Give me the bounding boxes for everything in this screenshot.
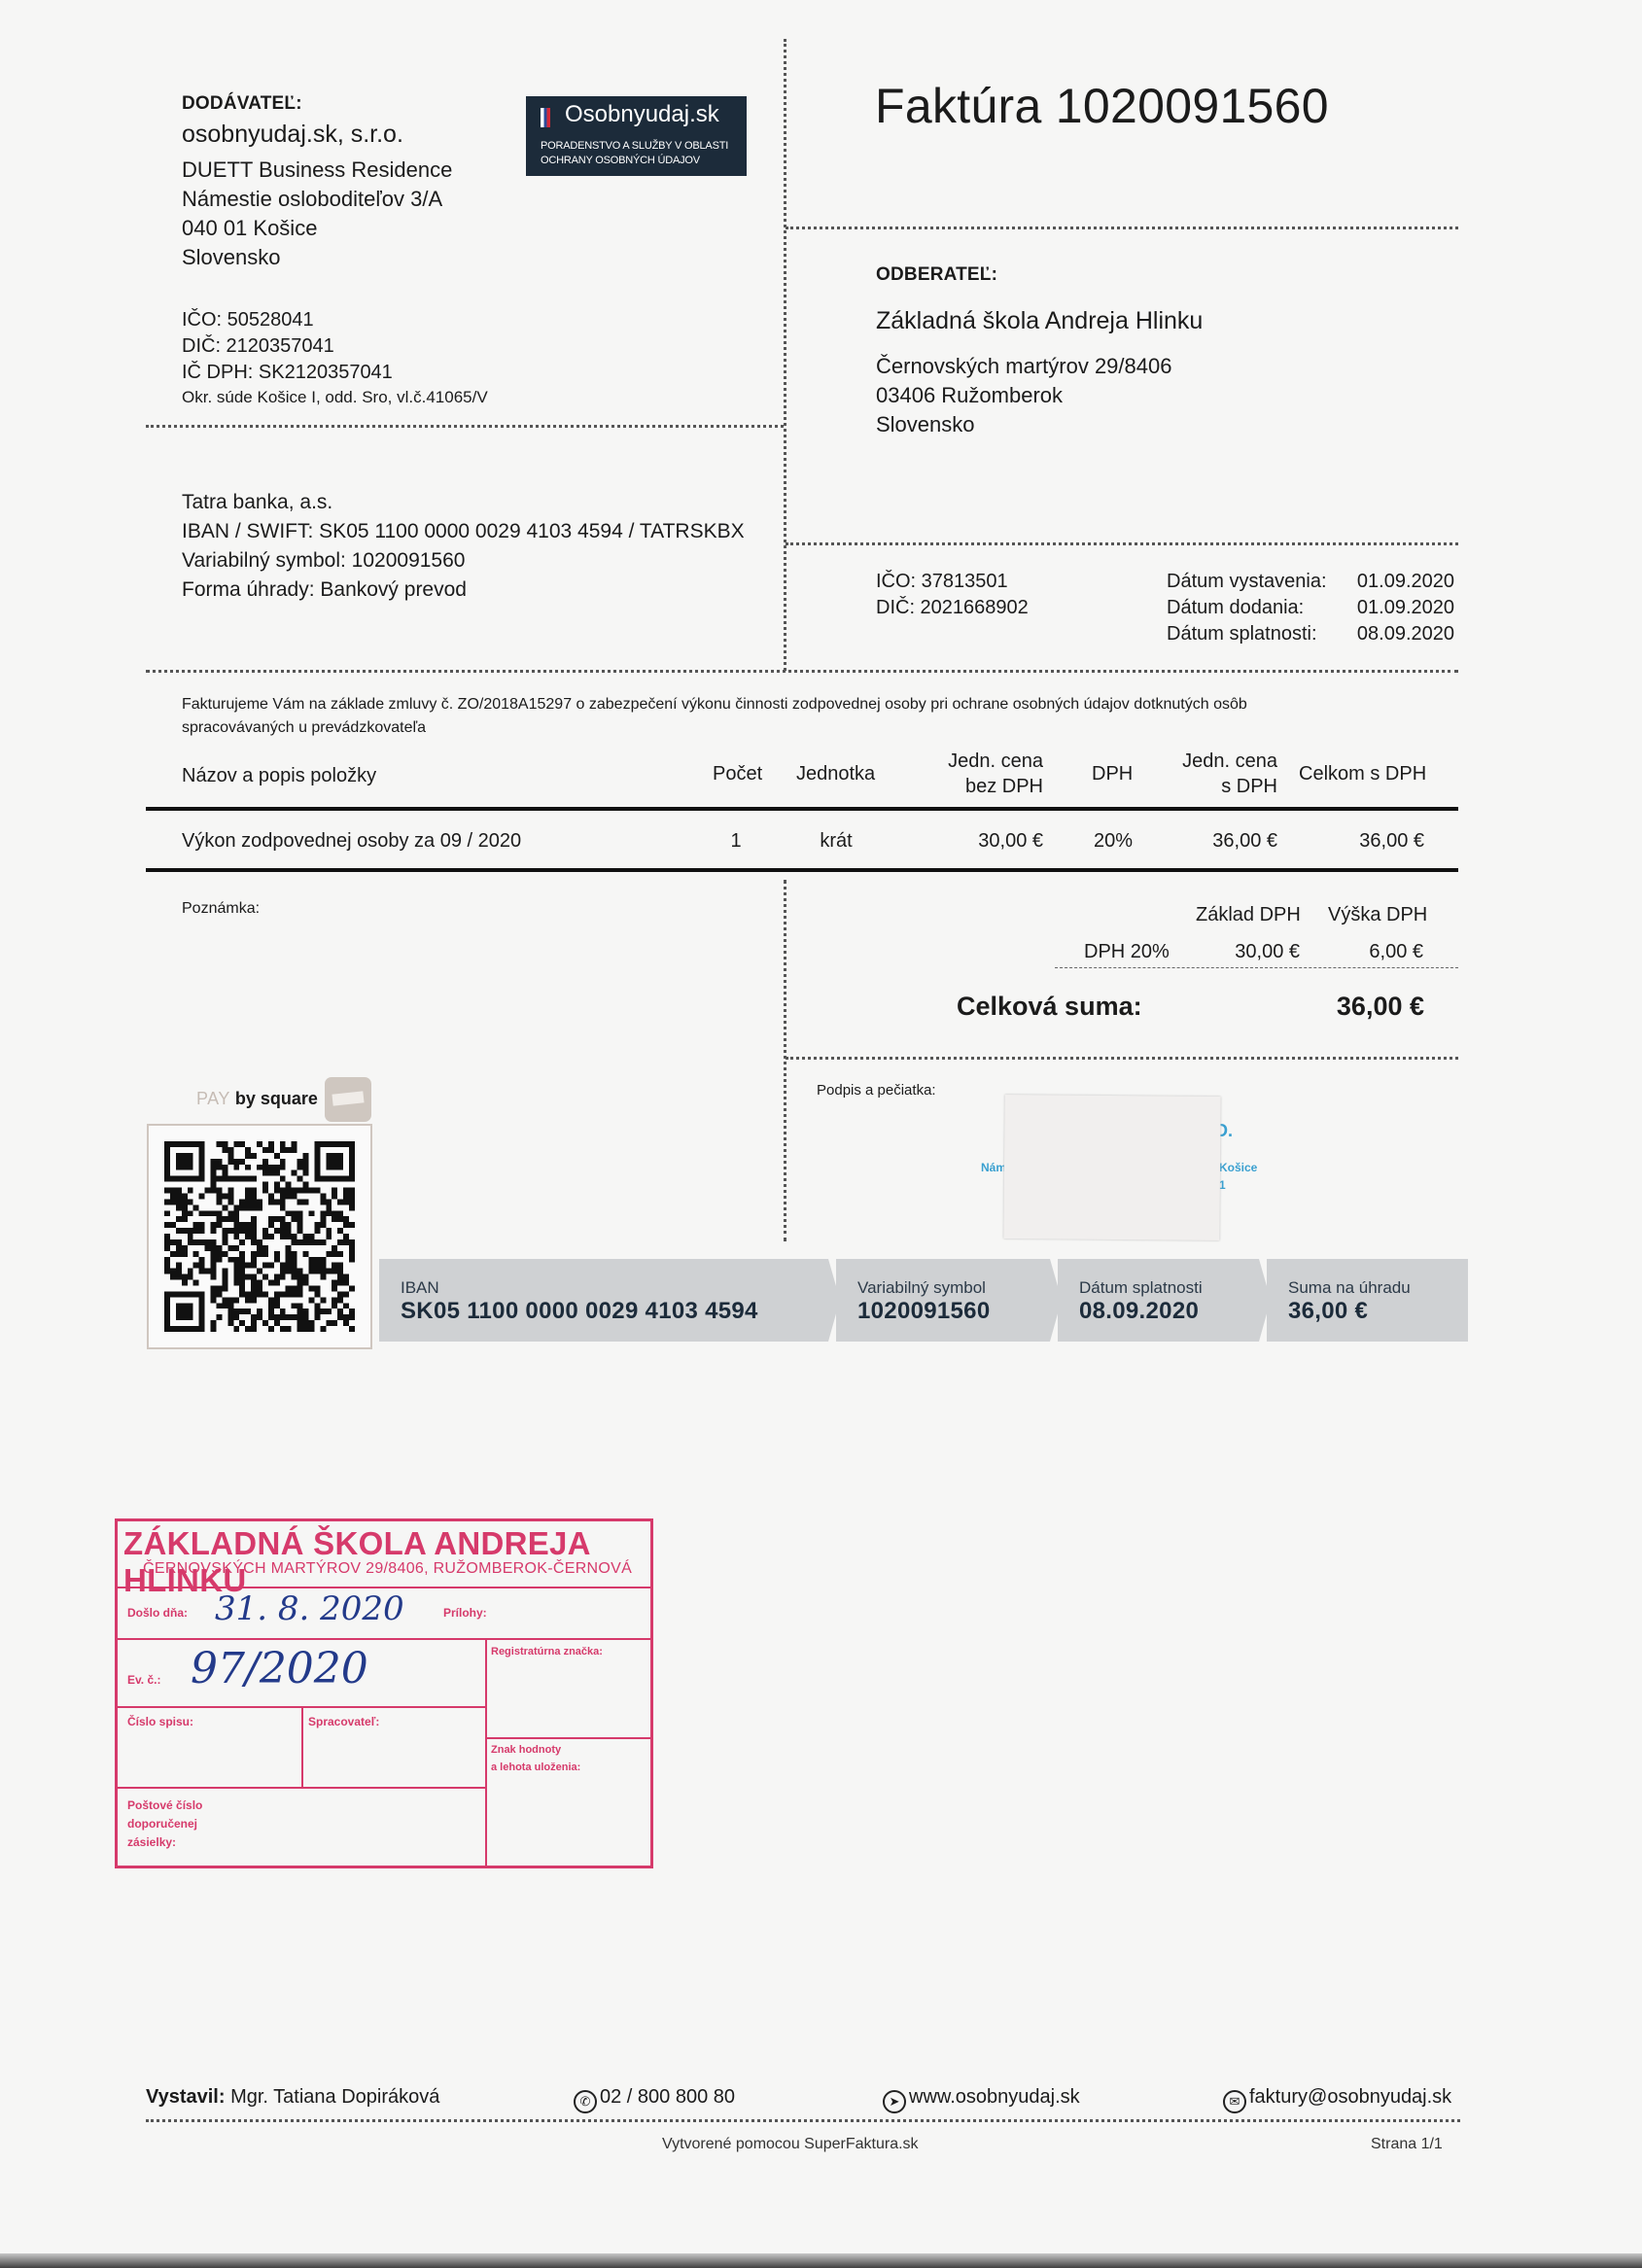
bank-details: Tatra banka, a.s. IBAN / SWIFT: SK05 110… [182, 488, 745, 605]
pay-text: PAY [196, 1089, 230, 1108]
stamp-label-line: a lehota uloženia: [491, 1759, 580, 1776]
divider-header [146, 670, 1458, 673]
issued-by-label: Vystavil: [146, 2086, 226, 2108]
stamp-label-line: doporučenej [127, 1815, 202, 1833]
payment-segment-label: Dátum splatnosti [1079, 1278, 1203, 1298]
item-unit-price-ex: 30,00 € [933, 830, 1043, 853]
page-number: Strana 1/1 [1371, 2136, 1443, 2153]
footer-phone: ✆02 / 800 800 80 [574, 2086, 735, 2113]
stamp-rule [301, 1706, 303, 1787]
supplier-address-line: 040 01 Košice [182, 214, 452, 243]
supplier-address: DUETT Business Residence Námestie oslobo… [182, 156, 452, 272]
col-header-vat: DPH [1092, 761, 1133, 786]
customer-address-line: 03406 Ružomberok [876, 381, 1171, 410]
col-header-name: Názov a popis položky [182, 763, 376, 788]
date-row: Dátum splatnosti:08.09.2020 [1167, 621, 1454, 647]
supplier-address-line: Námestie osloboditeľov 3/A [182, 185, 452, 214]
email-link[interactable]: faktury@osobnyudaj.sk [1249, 2086, 1451, 2108]
intro-text: Fakturujeme Vám na základe zmluvy č. ZO/… [182, 693, 1247, 740]
bank-name: Tatra banka, a.s. [182, 488, 745, 517]
vat-amount-value: 6,00 € [1322, 941, 1423, 963]
date-label: Dátum dodania: [1167, 595, 1304, 621]
issued-by-name: Mgr. Tatiana Dopiráková [230, 2086, 439, 2108]
stamp-rule [485, 1638, 487, 1866]
col-header-unit-price-ex: Jedn. cena bez DPH [914, 749, 1043, 799]
stamp-processor-label: Spracovateľ: [308, 1712, 379, 1731]
vat-amount-header: Výška DPH [1328, 904, 1427, 926]
supplier-dic: DIČ: 2120357041 [182, 333, 488, 360]
logo-tagline-line: OCHRANY OSOBNÝCH ÚDAJOV [541, 154, 728, 168]
customer-dic: DIČ: 2021668902 [876, 595, 1029, 621]
customer-ids: IČO: 37813501 DIČ: 2021668902 [876, 569, 1029, 621]
note-label: Poznámka: [182, 900, 260, 918]
payment-segment-value: 36,00 € [1288, 1298, 1368, 1325]
divider-total [786, 1057, 1458, 1060]
intro-text-line: spracovávaných u prevádzkovateľa [182, 716, 1247, 740]
vat-summary-rule [1055, 967, 1458, 968]
phone-number: 02 / 800 800 80 [600, 2086, 735, 2108]
divider-vertical-top [784, 39, 786, 671]
vat-base-value: 30,00 € [1186, 941, 1300, 963]
bank-iban-swift: IBAN / SWIFT: SK05 1100 0000 0029 4103 4… [182, 517, 745, 546]
col-header-qty: Počet [713, 761, 762, 786]
stamp-reg-no-value: 97/2020 [191, 1644, 368, 1693]
stamp-registry-mark-label: Registratúrna značka: [491, 1642, 603, 1661]
col-header-unit: Jednotka [796, 761, 875, 786]
payment-segment-value: SK05 1100 0000 0029 4103 4594 [401, 1298, 758, 1325]
item-unit-price-inc: 36,00 € [1167, 830, 1277, 853]
bank-payment-method: Forma úhrady: Bankový prevod [182, 576, 745, 605]
logo-tagline: PORADENSTVO A SLUŽBY V OBLASTI OCHRANY O… [541, 139, 728, 168]
payment-segment-label: IBAN [401, 1278, 439, 1298]
stamp-attachments-label: Prílohy: [443, 1603, 487, 1622]
payment-segment-due-date: Dátum splatnosti 08.09.2020 [1058, 1259, 1259, 1342]
company-logo: Osobnyudaj.sk PORADENSTVO A SLUŽBY V OBL… [526, 96, 747, 176]
stamp-label-line: zásielky: [127, 1833, 202, 1852]
invoice-dates: Dátum vystavenia:01.09.2020 Dátum dodani… [1167, 569, 1454, 647]
payment-segment-label: Suma na úhradu [1288, 1278, 1411, 1298]
flag-icon [541, 108, 550, 127]
stamp-rule [118, 1638, 650, 1640]
supplier-name: osobnyudaj.sk, s.r.o. [182, 121, 403, 149]
item-vat: 20% [1084, 830, 1142, 853]
blue-stamp-fragment: 1 [1219, 1178, 1226, 1192]
stamp-label-line: Znak hodnoty [491, 1741, 580, 1759]
stamp-label-line: Poštové číslo [127, 1797, 202, 1815]
scan-edge [0, 2253, 1642, 2268]
covering-paper-patch [1003, 1095, 1220, 1240]
date-row: Dátum vystavenia:01.09.2020 [1167, 569, 1454, 595]
payment-segment-amount: Suma na úhradu 36,00 € [1267, 1259, 1468, 1342]
supplier-registry: Okr. súde Košice I, odd. Sro, vl.č.41065… [182, 386, 488, 409]
pay-by-square-label: PAY by square [196, 1089, 318, 1109]
cursor-icon: ➤ [883, 2090, 906, 2113]
date-label: Dátum splatnosti: [1167, 621, 1317, 647]
supplier-address-line: Slovensko [182, 243, 452, 272]
intro-text-line: Fakturujeme Vám na základe zmluvy č. ZO/… [182, 693, 1247, 716]
stamp-rule [485, 1737, 650, 1739]
stamp-reg-no-label: Ev. č.: [127, 1670, 160, 1690]
total-value: 36,00 € [1264, 992, 1424, 1022]
phone-icon: ✆ [574, 2090, 597, 2113]
table-header-rule [146, 807, 1458, 811]
payment-segment-iban: IBAN SK05 1100 0000 0029 4103 4594 [379, 1259, 828, 1342]
item-name: Výkon zodpovednej osoby za 09 / 2020 [182, 830, 521, 853]
customer-address: Černovských martýrov 29/8406 03406 Ružom… [876, 352, 1171, 439]
date-value: 01.09.2020 [1357, 595, 1454, 621]
blue-stamp-fragment: Košice [1219, 1161, 1257, 1174]
item-unit: krát [797, 830, 875, 853]
header-line: Jedn. cena [1147, 749, 1277, 774]
customer-address-line: Černovských martýrov 29/8406 [876, 352, 1171, 381]
payment-segment-variable-symbol: Variabilný symbol 1020091560 [836, 1259, 1050, 1342]
signature-label: Podpis a pečiatka: [817, 1082, 936, 1099]
supplier-address-line: DUETT Business Residence [182, 156, 452, 185]
stamp-received-value: 31. 8. 2020 [215, 1589, 404, 1628]
divider-customer [786, 542, 1458, 545]
col-header-unit-price-inc: Jedn. cena s DPH [1147, 749, 1277, 799]
supplier-ico: IČO: 50528041 [182, 307, 488, 333]
envelope-icon: ✉ [1223, 2090, 1246, 2113]
footer-email[interactable]: ✉faktury@osobnyudaj.sk [1223, 2086, 1451, 2113]
vat-base-header: Základ DPH [1196, 904, 1301, 926]
date-row: Dátum dodania:01.09.2020 [1167, 595, 1454, 621]
divider-supplier [146, 425, 784, 428]
stamp-value-mark-label: Znak hodnoty a lehota uloženia: [491, 1741, 580, 1776]
payment-bar: IBAN SK05 1100 0000 0029 4103 4594 Varia… [379, 1259, 1468, 1342]
logo-tagline-line: PORADENSTVO A SLUŽBY V OBLASTI [541, 139, 728, 154]
vat-rate: DPH 20% [1084, 941, 1170, 963]
footer-issued-by: Vystavil: Mgr. Tatiana Dopiráková [146, 2086, 439, 2109]
stamp-file-no-label: Číslo spisu: [127, 1712, 193, 1731]
received-stamp: ZÁKLADNÁ ŠKOLA ANDREJA HLINKU ČERNOVSKÝC… [115, 1518, 653, 1868]
qr-code-icon [164, 1141, 355, 1332]
payment-segment-label: Variabilný symbol [857, 1278, 986, 1298]
divider-title [786, 227, 1458, 229]
item-qty: 1 [719, 830, 752, 853]
date-value: 01.09.2020 [1357, 569, 1454, 595]
header-line: s DPH [1147, 774, 1277, 799]
logo-brand: Osobnyudaj.sk [565, 101, 719, 128]
website-link[interactable]: www.osobnyudaj.sk [909, 2086, 1080, 2108]
item-total: 36,00 € [1312, 830, 1424, 853]
stamp-postal-no-label: Poštové číslo doporučenej zásielky: [127, 1797, 202, 1852]
bank-variable-symbol: Variabilný symbol: 1020091560 [182, 546, 745, 576]
customer-ico: IČO: 37813501 [876, 569, 1029, 595]
footer-divider [146, 2119, 1460, 2122]
col-header-total: Celkom s DPH [1299, 761, 1426, 786]
footer-website[interactable]: ➤www.osobnyudaj.sk [883, 2086, 1080, 2113]
payment-segment-value: 1020091560 [857, 1298, 990, 1325]
supplier-label: DODÁVATEĽ: [182, 93, 302, 115]
invoice-title: Faktúra 1020091560 [875, 78, 1329, 134]
payment-segment-value: 08.09.2020 [1079, 1298, 1199, 1325]
total-label: Celková suma: [957, 992, 1142, 1022]
divider-vertical-bottom [784, 880, 786, 1241]
created-with: Vytvorené pomocou SuperFaktura.sk [662, 2136, 919, 2153]
date-label: Dátum vystavenia: [1167, 569, 1327, 595]
qr-code [147, 1124, 372, 1349]
table-footer-rule [146, 868, 1458, 872]
stamp-rule [118, 1787, 485, 1789]
customer-name: Základná škola Andreja Hlinku [876, 307, 1203, 335]
stamp-received-label: Došlo dňa: [127, 1603, 188, 1622]
supplier-ic-dph: IČ DPH: SK2120357041 [182, 360, 488, 386]
header-line: Jedn. cena [914, 749, 1043, 774]
header-line: bez DPH [914, 774, 1043, 799]
card-icon [325, 1077, 371, 1122]
customer-label: ODBERATEĽ: [876, 264, 997, 286]
stamp-rule [118, 1587, 650, 1588]
customer-address-line: Slovensko [876, 410, 1171, 439]
date-value: 08.09.2020 [1357, 621, 1454, 647]
by-square-text: by square [235, 1089, 318, 1108]
stamp-school-address: ČERNOVSKÝCH MARTÝROV 29/8406, RUŽOMBEROK… [143, 1560, 632, 1578]
supplier-ids: IČO: 50528041 DIČ: 2120357041 IČ DPH: SK… [182, 307, 488, 409]
blue-stamp-fragment: Nám [981, 1161, 1006, 1174]
